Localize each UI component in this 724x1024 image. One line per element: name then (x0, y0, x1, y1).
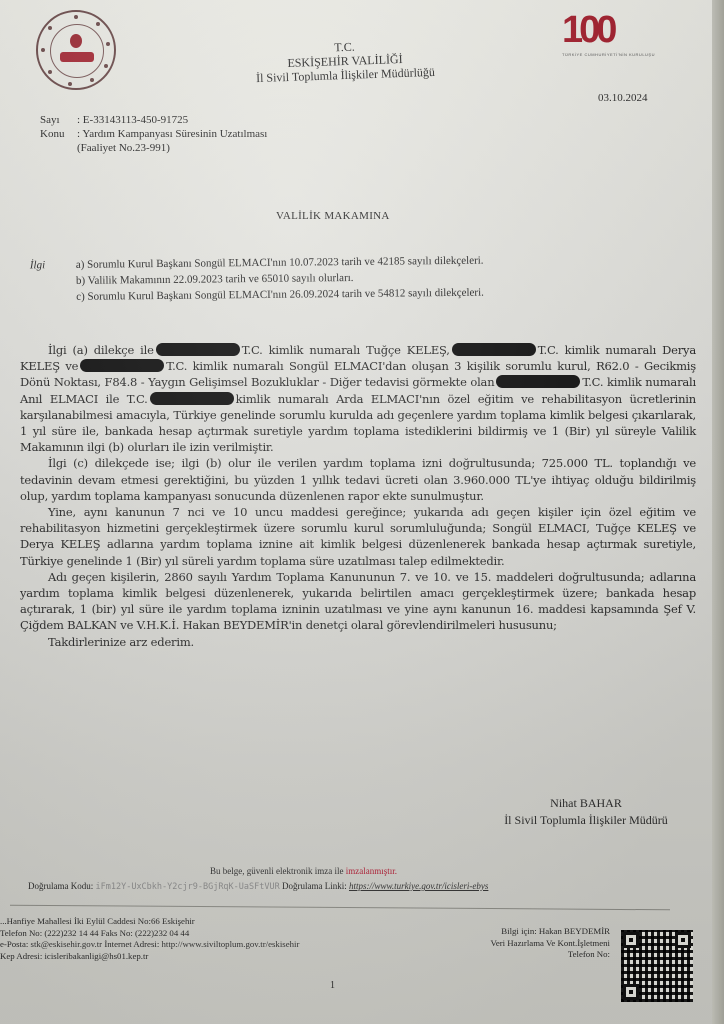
signature-block: Nihat BAHAR İl Sivil Toplumla İlişkiler … (466, 795, 706, 829)
seal-star (48, 26, 52, 30)
konu-label: Konu (40, 127, 77, 141)
letter-body: İlgi (a) dilekçe ileT.C. kimlik numaralı… (20, 342, 696, 650)
reference-item: b) Valilik Makamının 22.09.2023 tarih ve… (76, 272, 354, 287)
redacted-id (150, 392, 234, 405)
logo-100-text: 100 (562, 10, 672, 50)
references-label: İlgi (30, 257, 76, 273)
sayi-value: : E-33143113-450-91725 (77, 114, 188, 126)
verification-link-label: Doğrulama Linki: (282, 881, 347, 891)
reference-item: c) Sorumlu Kurul Başkanı Songül ELMACI'n… (76, 287, 484, 303)
footer-address: ...Hanfiye Mahallesi İki Eylül Caddesi N… (0, 916, 299, 962)
email-line: e-Posta: stk@eskisehir.gov.tr İnternet A… (0, 939, 299, 951)
konu-extra: (Faaliyet No.23-991) (77, 142, 170, 154)
letterhead: T.C. ESKİŞEHİR VALİLİĞİ İl Sivil Topluml… (219, 36, 470, 87)
website-link[interactable]: http://www.siviltoplum.gov.tr/eskisehir (161, 939, 299, 949)
seal-star (90, 78, 94, 82)
sayi-label: Sayı (40, 113, 77, 127)
verification-code-label: Doğrulama Kodu: (28, 881, 93, 891)
reference-item: a) Sorumlu Kurul Başkanı Songül ELMACI'n… (76, 255, 484, 271)
logo-tagline: TÜRKİYE CUMHURİYETİ'NİN KURULUŞU (562, 52, 672, 57)
qr-finder (623, 932, 639, 948)
phone-line: Telefon No: (222)232 14 44 Faks No: (222… (0, 928, 299, 940)
seal-star (48, 70, 52, 74)
paragraph-1: İlgi (a) dilekçe ileT.C. kimlik numaralı… (20, 342, 696, 455)
page-edge (712, 0, 724, 1024)
paragraph-4: Adı geçen kişilerin, 2860 sayılı Yardım … (20, 569, 696, 634)
paragraph-2: İlgi (c) dilekçede ise; ilgi (b) olur il… (20, 455, 696, 504)
seal-star (96, 22, 100, 26)
redacted-id (156, 343, 240, 356)
references: İlgia) Sorumlu Kurul Başkanı Songül ELMA… (30, 253, 484, 306)
verification-line: Doğrulama Kodu: iFm12Y-UxCbkh-Y2cjr9-BGj… (28, 881, 488, 892)
redacted-id (496, 375, 580, 388)
seal-turkey-map (60, 52, 94, 62)
contact-info: Bilgi için: Hakan BEYDEMİR Veri Hazırlam… (440, 926, 610, 961)
qr-finder (623, 984, 639, 1000)
seal-star (74, 15, 78, 19)
republic-100-year-logo: 100 TÜRKİYE CUMHURİYETİ'NİN KURULUŞU (562, 10, 672, 60)
signer-title: İl Sivil Toplumla İlişkiler Müdürü (466, 812, 706, 829)
qr-finder (675, 932, 691, 948)
document-date: 03.10.2024 (598, 92, 648, 104)
address-line: ...Hanfiye Mahallesi İki Eylül Caddesi N… (0, 916, 299, 928)
signer-name: Nihat BAHAR (466, 795, 706, 812)
document-meta: Sayı: E-33143113-450-91725 Konu: Yardım … (40, 113, 267, 155)
seal-star (106, 42, 110, 46)
kep-line: Kep Adresi: icisleribakanligi@hs01.kep.t… (0, 951, 299, 963)
seal-inner-ring (50, 24, 104, 78)
seal-star (41, 48, 45, 52)
addressee: VALİLİK MAKAMINA (276, 210, 390, 222)
paragraph-3: Yine, aynı kanunun 7 nci ve 10 uncu madd… (20, 504, 696, 569)
seal-emblem (70, 34, 82, 48)
seal-star (68, 82, 72, 86)
verification-code: iFm12Y-UxCbkh-Y2cjr9-BGjRqK-UaSFtVUR (96, 882, 280, 892)
redacted-id (80, 359, 164, 372)
verification-link[interactable]: https://www.turkiye.gov.tr/icisleri-ebys (349, 881, 488, 891)
paragraph-5: Takdirlerinize arz ederim. (20, 634, 696, 650)
qr-code-icon (621, 930, 693, 1002)
email-link[interactable]: stk@eskisehir.gov.tr (31, 939, 103, 949)
page-number: 1 (330, 980, 335, 991)
konu-value: : Yardım Kampanyası Süresinin Uzatılması (77, 128, 267, 140)
seal-star (104, 64, 108, 68)
redacted-id (452, 343, 536, 356)
esign-notice: Bu belge, güvenli elektronik imza ile im… (210, 866, 397, 876)
ministry-seal-icon (36, 10, 116, 90)
